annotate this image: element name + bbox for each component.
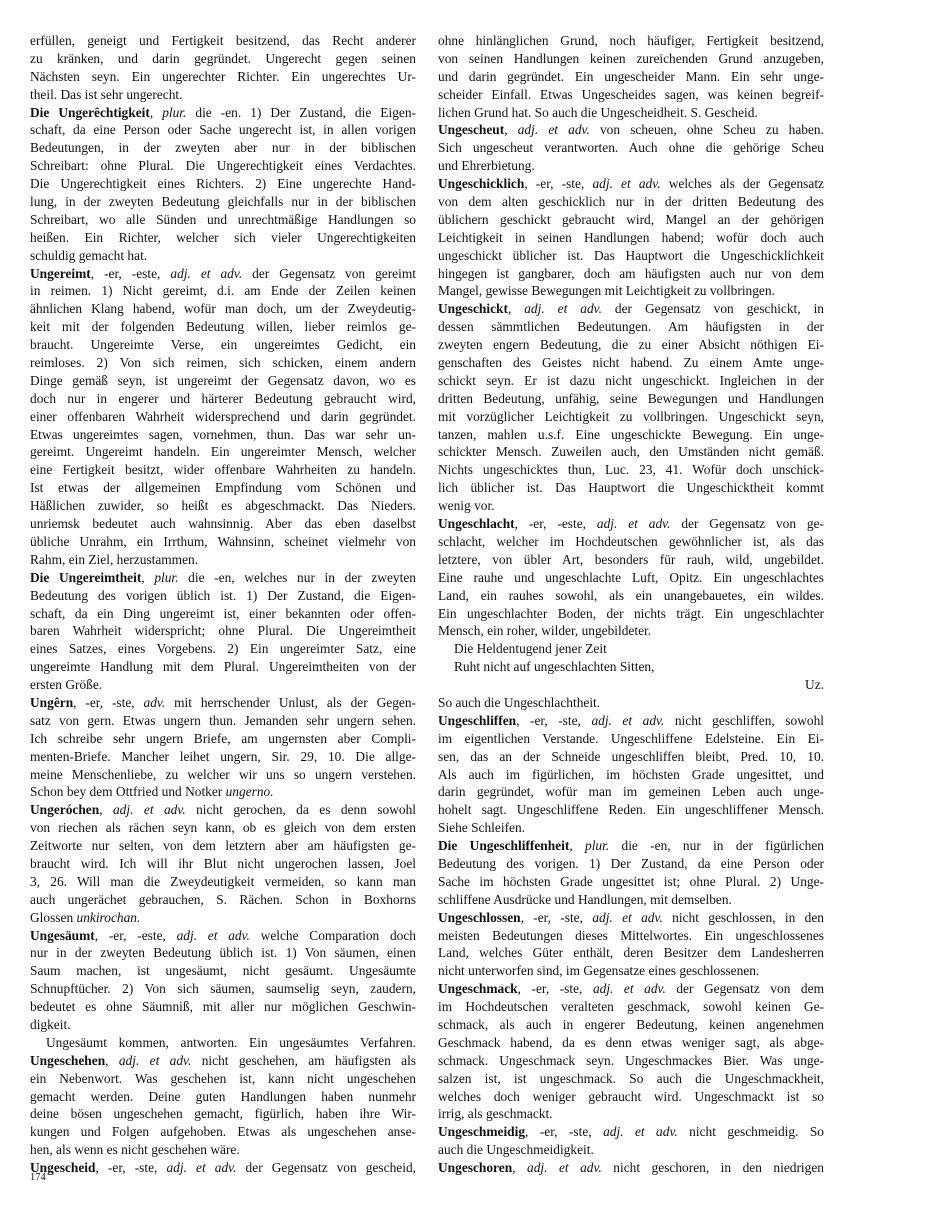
text-line: reimloses. 2) Von sich reimen, sich schi…: [30, 354, 416, 372]
text-line: braucht wird. Ich will ihr Blut nicht un…: [30, 855, 416, 873]
body-text: der Gegensatz von geschickt, in: [602, 301, 824, 316]
text-line: übliche Unrahm, ein Irrthum, Wahnsinn, s…: [30, 533, 416, 551]
text-line: Schon bey dem Ottfried und Notker ungern…: [30, 783, 416, 801]
text-line: Ungeschlossen, -er, -ste, adj. et adv. n…: [438, 909, 824, 927]
text-line: braucht. Ungereimte Verse, ein ungereimt…: [30, 336, 416, 354]
italic-text: adj. et adv.: [597, 516, 671, 531]
body-text: 3, 26. Will man die Zweydeutigkeit verme…: [30, 874, 416, 889]
entry-headword: Ungêrn: [30, 695, 73, 710]
text-line: kungen und Folgen aufgehoben. Etwas als …: [30, 1123, 416, 1141]
entry-headword: Ungeschickt: [438, 301, 508, 316]
text-line: Bedeutung des vorigen. 1) Der Zustand, d…: [438, 855, 824, 873]
right-column: ohne hinlänglichen Grund, noch häufiger,…: [438, 32, 824, 1177]
text-line: Land, welches Güter enthält, deren Besit…: [438, 944, 824, 962]
body-text: die -en, nur in der figürlichen: [609, 838, 824, 853]
text-line: Häßlichen zuwider, so heißt es abgeschma…: [30, 497, 416, 515]
body-text: letztere, von übler Art, besonders für r…: [438, 552, 824, 567]
body-text: auch ungerächet gebrauchen, S. Rächen. S…: [30, 892, 416, 907]
text-line: Ungeróchen, adj. et adv. nicht gerochen,…: [30, 801, 416, 819]
body-text: ein Nebenwort. Was geschehen ist, kann n…: [30, 1071, 416, 1086]
text-line: gereimt. Ungereimt handeln. Ein ungereim…: [30, 443, 416, 461]
body-text: Etwas ungereimtes sagen, vornehmen, thun…: [30, 427, 416, 442]
text-line: ungeschickt üblicher ist. Das Hauptwort …: [438, 247, 824, 265]
body-text: schlacht, welcher im Hochdeutschen gewöh…: [438, 534, 824, 549]
body-text: Saum machen, ist ungesäumt, nicht gesäum…: [30, 963, 416, 978]
text-line: Ungeschlacht, -er, -este, adj. et adv. d…: [438, 515, 824, 533]
body-text: Nächsten seyn. Ein ungerechter Richter. …: [30, 69, 416, 84]
text-line: Siehe Schleifen.: [438, 819, 824, 837]
text-line: ein Nebenwort. Was geschehen ist, kann n…: [30, 1070, 416, 1088]
body-text: heißen. Ein Richter, welcher sich vieler…: [30, 230, 416, 245]
body-text: dritten Bedeutung, unfähig, seine Bewegu…: [438, 391, 824, 406]
text-line: Die Ungeschliffenheit, plur. die -en, nu…: [438, 837, 824, 855]
entry-headword: Ungeschoren: [438, 1160, 512, 1175]
text-line: Leichtigkeit in seinen Handlungen habend…: [438, 229, 824, 247]
body-text: mit herrschender Unlust, als der Gegen-: [165, 695, 416, 710]
body-text: braucht wird. Ich will ihr Blut nicht un…: [30, 856, 416, 871]
body-text: Land, welches Güter enthält, deren Besit…: [438, 945, 824, 960]
entry-headword: Ungesäumt: [30, 928, 95, 943]
body-text: eine Fertigkeit besitzt, wider offenbare…: [30, 462, 416, 477]
text-line: Etwas ungereimtes sagen, vornehmen, thun…: [30, 426, 416, 444]
text-line: Die Ungerechtigkeit eines Richters. 2) E…: [30, 175, 416, 193]
text-line: hingegen ist gangbarer, doch am häufigst…: [438, 265, 824, 283]
body-text: ohne hinlänglichen Grund, noch häufiger,…: [438, 33, 824, 48]
body-text: nicht geschoren, in den niedrigen: [602, 1160, 824, 1175]
body-text: lich üblicher ist. Das Hauptwort die Ung…: [438, 480, 824, 495]
body-text: Rahm, ein Ziel, herzustammen.: [30, 552, 198, 567]
body-text: nicht geschmeidig. So: [678, 1124, 824, 1139]
body-text: Bedeutung des vorigen. 1) Der Zustand, d…: [438, 856, 824, 871]
text-line: wenig vor.: [438, 497, 824, 515]
body-text: , -er, -ste,: [73, 695, 143, 710]
body-text: Die Ungerechtigkeit eines Richters. 2) E…: [30, 176, 416, 191]
text-line: schlacht, welcher im Hochdeutschen gewöh…: [438, 533, 824, 551]
text-line: nicht unterworfen sind, im Gegensatze ei…: [438, 962, 824, 980]
body-text: Ungesäumt kommen, antworten. Ein ungesäu…: [46, 1035, 416, 1050]
text-line: Saum machen, ist ungesäumt, nicht gesäum…: [30, 962, 416, 980]
entry-headword: Ungeschmeidig: [438, 1124, 525, 1139]
text-line: lichen Grund hat. So auch die Ungescheid…: [438, 104, 824, 122]
body-text: Ist etwas der allgemeinen Empfindung vom…: [30, 480, 416, 495]
body-text: Ich schreibe sehr ungern Briefe, am unge…: [30, 731, 416, 746]
italic-text: adj. et adv.: [592, 910, 662, 925]
text-line: dessen sämmtlichen Bedeutungen. Am häufi…: [438, 318, 824, 336]
body-text: nicht geschliffen, sowohl: [664, 713, 824, 728]
body-text: Dinge gemäß seyn, ist ungereimt der Gege…: [30, 373, 416, 388]
text-line: in reimen. 1) Nicht gereimt, d.i. am End…: [30, 282, 416, 300]
text-line: Schreibart: ohne Plural. Die Ungerechtig…: [30, 157, 416, 175]
text-line: Ungescheut, adj. et adv. von scheuen, oh…: [438, 121, 824, 139]
text-line: Sich ungescheut verantworten. Auch ohne …: [438, 139, 824, 157]
body-text: , -er, -este,: [91, 266, 171, 281]
text-line: im Hochdeutschen veralteten geschmack, s…: [438, 998, 824, 1016]
text-line: Rahm, ein Ziel, herzustammen.: [30, 551, 416, 569]
text-line: Ungêrn, -er, -ste, adv. mit herrschender…: [30, 694, 416, 712]
italic-text: adj. et adv.: [527, 1160, 602, 1175]
text-line: Land, ein rauhes sowohl, als ein unangeb…: [438, 587, 824, 605]
italic-text: adj. et adv.: [177, 928, 250, 943]
body-text: nur in der zweyten Bedeutung üblich ist.…: [30, 945, 416, 960]
body-text: Zeitworte nur selten, von dem letztern a…: [30, 838, 416, 853]
text-line: hen, als wenn es nicht geschehen wäre.: [30, 1141, 416, 1159]
entry-headword: Ungeschehen: [30, 1053, 105, 1068]
text-line: ähnlichen Klang habend, wofür man doch, …: [30, 300, 416, 318]
body-text: , -er, -ste,: [524, 176, 592, 191]
text-line: lung, in der zweyten Bedeutung gleichfal…: [30, 193, 416, 211]
body-text: lichen Grund hat. So auch die Ungescheid…: [438, 105, 758, 120]
text-line: Schnupftücher. 2) Von sich säumen, saums…: [30, 980, 416, 998]
body-text: baren Wahrheit widerspricht; ohne Plural…: [30, 623, 416, 638]
body-text: Land, ein rauhes sowohl, als ein unangeb…: [438, 588, 824, 603]
text-line: meisten Bedeutungen dieses Mittelwortes.…: [438, 927, 824, 945]
text-line: Ungesäumt, -er, -este, adj. et adv. welc…: [30, 927, 416, 945]
body-text: Bedeutung des vorigen üblich ist. 1) Der…: [30, 588, 416, 603]
entry-headword: Ungereimt: [30, 266, 91, 281]
text-line: Bedeutungen, in der zweyten aber nur in …: [30, 139, 416, 157]
italic-text: adj. et adv.: [524, 301, 602, 316]
italic-text: plur.: [585, 838, 609, 853]
body-text: Schreibart, wo alle Sünden und unrechtmä…: [30, 212, 416, 227]
text-line: Ungescheid, -er, -ste, adj. et adv. der …: [30, 1159, 416, 1177]
body-text: Schnupftücher. 2) Von sich säumen, saums…: [30, 981, 416, 996]
body-text: bedeutet es ohne Säumniß, mit aller nur …: [30, 999, 416, 1014]
body-text: nicht geschlossen, in den: [663, 910, 824, 925]
body-text: , -er, -ste,: [525, 1124, 603, 1139]
body-text: ,: [504, 122, 518, 137]
text-line: Ist etwas der allgemeinen Empfindung vom…: [30, 479, 416, 497]
text-line: Ungeschmeidig, -er, -ste, adj. et adv. n…: [438, 1123, 824, 1141]
text-line: welches doch weniger gebraucht wird. Ung…: [438, 1088, 824, 1106]
italic-text: unkirochan.: [77, 910, 141, 925]
text-line: keit mit der folgenden Bedeutung willen,…: [30, 318, 416, 336]
text-line: gemacht werden. Deine guten Handlungen h…: [30, 1088, 416, 1106]
body-text: Schreibart: ohne Plural. Die Ungerechtig…: [30, 158, 416, 173]
text-line: Ungeschmack, -er, -ste, adj. et adv. der…: [438, 980, 824, 998]
body-text: meine Menschenliebe, zu welcher wir uns …: [30, 767, 416, 782]
body-text: meisten Bedeutungen dieses Mittelwortes.…: [438, 928, 824, 943]
body-text: der Gegensatz von gereimt: [242, 266, 416, 281]
body-text: unriemsk bedeutet auch wahnsinnig. Aber …: [30, 516, 416, 531]
italic-text: ungerno.: [226, 784, 274, 799]
text-line: menten-Briefe. Mancher leihet ungern, Si…: [30, 748, 416, 766]
body-text: , -er, -ste,: [95, 1160, 166, 1175]
body-text: erfüllen, geneigt und Fertigkeit besitze…: [30, 33, 416, 48]
body-text: satz von gern. Etwas ungern thun. Jemand…: [30, 713, 416, 728]
body-text: schuldig gemacht hat.: [30, 248, 147, 263]
body-text: Bedeutungen, in der zweyten aber nur in …: [30, 140, 416, 155]
text-line: schuldig gemacht hat.: [30, 247, 416, 265]
text-line: Mensch, ein roher, wilder, ungebildeter.: [438, 622, 824, 640]
text-line: zu kränken, und darin gegründet. Ungerec…: [30, 50, 416, 68]
text-line: schaft, da eine Person oder Sache ungere…: [30, 121, 416, 139]
entry-headword: Ungeschicklich: [438, 176, 524, 191]
body-text: nicht gerochen, da es denn sowohl: [186, 802, 416, 817]
body-text: Mensch, ein roher, wilder, ungebildeter.: [438, 623, 651, 638]
text-line: Nichts ungeschicktes thun, Luc. 23, 41. …: [438, 461, 824, 479]
body-text: reimloses. 2) Von sich reimen, sich schi…: [30, 355, 416, 370]
italic-text: adj. et adv.: [119, 1053, 192, 1068]
body-text: lung, in der zweyten Bedeutung gleichfal…: [30, 194, 416, 209]
body-text: nicht geschehen, am häufigsten als: [191, 1053, 416, 1068]
text-line: genschaften des Geistes nicht habend. Zu…: [438, 354, 824, 372]
body-text: dessen sämmtlichen Bedeutungen. Am häufi…: [438, 319, 824, 334]
body-text: ungeschickt üblicher ist. Das Hauptwort …: [438, 248, 824, 263]
italic-text: plur.: [162, 105, 186, 120]
text-line: zweyten engern Bedeutung, die zu einer A…: [438, 336, 824, 354]
text-line: von dem alten geschicklich nur in der dr…: [438, 193, 824, 211]
body-text: hen, als wenn es nicht geschehen wäre.: [30, 1142, 240, 1157]
text-line: Mangel, gewisse Bewegungen mit Leichtigk…: [438, 282, 824, 300]
text-line: Ungereimt, -er, -este, adj. et adv. der …: [30, 265, 416, 283]
body-text: Sache im höchsten Grade ungesittet ist; …: [438, 874, 824, 889]
text-line: und Ehrerbietung.: [438, 157, 824, 175]
text-line: 3, 26. Will man die Zweydeutigkeit verme…: [30, 873, 416, 891]
text-line: Eine rauhe und ungeschlachte Luft, Opitz…: [438, 569, 824, 587]
italic-text: adj. et adv.: [593, 981, 666, 996]
body-text: Eine rauhe und ungeschlachte Luft, Opitz…: [438, 570, 824, 585]
entry-headword: Ungeróchen: [30, 802, 99, 817]
body-text: ,: [569, 838, 585, 853]
body-text: und darin gegründet. Ein ungescheider Ma…: [438, 69, 824, 84]
entry-headword: Ungeschliffen: [438, 713, 516, 728]
body-text: ,: [99, 802, 113, 817]
body-text: gemacht werden. Deine guten Handlungen h…: [30, 1089, 416, 1104]
body-text: die -en. 1) Der Zustand, die Eigen-: [186, 105, 416, 120]
text-line: salzen ist, ist ungeschmack. So auch die…: [438, 1070, 824, 1088]
entry-headword: Ungeschmack: [438, 981, 518, 996]
italic-text: adj. et adv.: [113, 802, 186, 817]
body-text: , -er, -este,: [95, 928, 177, 943]
text-line: schickter Mensch. Zuweilen auch, den Ums…: [438, 443, 824, 461]
body-text: ,: [150, 105, 162, 120]
text-line: Bedeutung des vorigen üblich ist. 1) Der…: [30, 587, 416, 605]
body-text: hohelt sagt. Ungeschliffene Reden. Ein u…: [438, 802, 824, 817]
body-text: tanzen, mahlen u.s.f. Eine ungeschickte …: [438, 427, 824, 442]
body-text: schliffene Ausdrücke und Handlungen, mit…: [438, 892, 732, 907]
body-text: von riechen als rächen seyn kann, ob es …: [30, 820, 416, 835]
entry-headword: Die Ungereimtheit: [30, 570, 141, 585]
text-line: sen, das an der Schneide ungeschliffen b…: [438, 748, 824, 766]
text-line: hohelt sagt. Ungeschliffene Reden. Ein u…: [438, 801, 824, 819]
text-line: von seinen Handlungen keinen zureichende…: [438, 50, 824, 68]
body-text: schickter Mensch. Zuweilen auch, den Ums…: [438, 444, 824, 459]
text-line: lich üblicher ist. Das Hauptwort die Ung…: [438, 479, 824, 497]
italic-text: adj. et adv.: [603, 1124, 678, 1139]
body-text: deine bösen ungeschehen gemacht, figürli…: [30, 1106, 416, 1121]
text-line: satz von gern. Etwas ungern thun. Jemand…: [30, 712, 416, 730]
body-text: ,: [141, 570, 154, 585]
text-line: tanzen, mahlen u.s.f. Eine ungeschickte …: [438, 426, 824, 444]
text-line: im eigentlichen Verstande. Ungeschliffen…: [438, 730, 824, 748]
body-text: theil. Das ist sehr ungerecht.: [30, 87, 182, 102]
body-text: einer offenbaren Wahrheit widersprechend…: [30, 409, 416, 424]
body-text: mit vorzüglicher Leichtigkeit zu vollbri…: [438, 409, 824, 424]
text-line: schickt seyn. Er ist dazu nicht ungeschi…: [438, 372, 824, 390]
text-line: Ungeschickt, adj. et adv. der Gegensatz …: [438, 300, 824, 318]
body-text: irrig, als geschmackt.: [438, 1106, 553, 1121]
body-text: Als auch im figürlichen, im höchsten Gra…: [438, 767, 824, 782]
body-text: schmack. Ungeschmack seyn. Ungeschmackes…: [438, 1053, 824, 1068]
text-line: Die Ungereimtheit, plur. die -en, welche…: [30, 569, 416, 587]
text-line: So auch die Ungeschlachtheit.: [438, 694, 824, 712]
text-line: Dinge gemäß seyn, ist ungereimt der Gege…: [30, 372, 416, 390]
italic-text: adv.: [144, 695, 166, 710]
body-text: doch nur in engerer und härterer Bedeutu…: [30, 391, 416, 406]
left-column: erfüllen, geneigt und Fertigkeit besitze…: [30, 32, 416, 1177]
body-text: im Hochdeutschen veralteten geschmack, s…: [438, 999, 824, 1014]
italic-text: adj. et adv.: [166, 1160, 236, 1175]
body-text: kungen und Folgen aufgehoben. Etwas als …: [30, 1124, 416, 1139]
body-text: von seinen Handlungen keinen zureichende…: [438, 51, 824, 66]
text-line: Zeitworte nur selten, von dem letztern a…: [30, 837, 416, 855]
text-line: Ungeschehen, adj. et adv. nicht geschehe…: [30, 1052, 416, 1070]
text-line: deine bösen ungeschehen gemacht, figürli…: [30, 1105, 416, 1123]
body-text: Mangel, gewisse Bewegungen mit Leichtigk…: [438, 283, 775, 298]
body-text: gereimt. Ungereimt handeln. Ein ungereim…: [30, 444, 416, 459]
text-line: auch die Ungeschmeidigkeit.: [438, 1141, 824, 1159]
body-text: ,: [105, 1053, 119, 1068]
text-line: Ein ungeschlachter Boden, der nichts trä…: [438, 605, 824, 623]
text-line: Ich schreibe sehr ungern Briefe, am unge…: [30, 730, 416, 748]
body-text: ,: [508, 301, 524, 316]
italic-text: adj. et adv.: [592, 176, 660, 191]
body-text: keit mit der folgenden Bedeutung willen,…: [30, 319, 416, 334]
body-text: in reimen. 1) Nicht gereimt, d.i. am End…: [30, 283, 416, 298]
body-text: wenig vor.: [438, 498, 495, 513]
body-text: So auch die Ungeschlachtheit.: [438, 695, 600, 710]
entry-headword: Die Ungeschliffenheit: [438, 838, 569, 853]
entry-headword: Die Ungerêchtigkeit: [30, 105, 150, 120]
body-text: Leichtigkeit in seinen Handlungen habend…: [438, 230, 824, 245]
italic-text: adj. et adv.: [518, 122, 590, 137]
body-text: auch die Ungeschmeidigkeit.: [438, 1142, 594, 1157]
body-text: salzen ist, ist ungeschmack. So auch die…: [438, 1071, 824, 1086]
text-line: irrig, als geschmackt.: [438, 1105, 824, 1123]
text-line: Ungeschicklich, -er, -ste, adj. et adv. …: [438, 175, 824, 193]
text-line: dritten Bedeutung, unfähig, seine Bewegu…: [438, 390, 824, 408]
text-line: bedeutet es ohne Säumniß, mit aller nur …: [30, 998, 416, 1016]
body-text: schaft, da eine Person oder Sache ungere…: [30, 122, 416, 137]
text-line: Schreibart, wo alle Sünden und unrechtmä…: [30, 211, 416, 229]
body-text: üblichern geschickt gebraucht wird, Mang…: [438, 212, 824, 227]
body-text: , -er, -ste,: [518, 981, 593, 996]
body-text: ähnlichen Klang habend, wofür man doch, …: [30, 301, 416, 316]
text-line: eine Fertigkeit besitzt, wider offenbare…: [30, 461, 416, 479]
text-line: und darin gegründet. Ein ungescheider Ma…: [438, 68, 824, 86]
body-text: scheider Einfall. Etwas Ungescheides sag…: [438, 87, 824, 102]
body-text: Sich ungescheut verantworten. Auch ohne …: [438, 140, 824, 155]
text-line: erfüllen, geneigt und Fertigkeit besitze…: [30, 32, 416, 50]
text-line: ungereimte Handlung mit dem Plural. Unge…: [30, 658, 416, 676]
body-text: die -en, welches nur in der zweyten: [179, 570, 417, 585]
page-number: 174: [30, 1172, 46, 1183]
text-line: ersten Größe.: [30, 676, 416, 694]
entry-headword: Ungescheut: [438, 122, 504, 137]
text-line: Ungeschoren, adj. et adv. nicht geschore…: [438, 1159, 824, 1177]
text-line: schmack. Ungeschmack seyn. Ungeschmackes…: [438, 1052, 824, 1070]
text-line: doch nur in engerer und härterer Bedeutu…: [30, 390, 416, 408]
body-text: Häßlichen zuwider, so heißt es abgeschma…: [30, 498, 416, 513]
text-line: Als auch im figürlichen, im höchsten Gra…: [438, 766, 824, 784]
body-text: zu kränken, und darin gegründet. Ungerec…: [30, 51, 416, 66]
text-line: Die Ungerêchtigkeit, plur. die -en. 1) D…: [30, 104, 416, 122]
text-line: letztere, von übler Art, besonders für r…: [438, 551, 824, 569]
body-text: , -er, -ste,: [521, 910, 593, 925]
body-text: Nichts ungeschicktes thun, Luc. 23, 41. …: [438, 462, 824, 477]
body-text: übliche Unrahm, ein Irrthum, Wahnsinn, s…: [30, 534, 416, 549]
body-text: ungereimte Handlung mit dem Plural. Unge…: [30, 659, 416, 674]
body-text: der Gegensatz von dem: [666, 981, 824, 996]
text-line: heißen. Ein Richter, welcher sich vieler…: [30, 229, 416, 247]
body-text: der Gegensatz von gescheid,: [236, 1160, 416, 1175]
body-text: nicht unterworfen sind, im Gegensatze ei…: [438, 963, 759, 978]
text-line: eines Satzes, eines Vorgebens. 2) Ein un…: [30, 640, 416, 658]
text-line: theil. Das ist sehr ungerecht.: [30, 86, 416, 104]
text-line: schmack, als auch in engerer Bedeutung, …: [438, 1016, 824, 1034]
text-line: Ruht nicht auf ungeschlachten Sitten,: [438, 658, 824, 676]
text-line: digkeit.: [30, 1016, 416, 1034]
italic-text: plur.: [154, 570, 178, 585]
text-line: darin gegründet, wofür man im gemeinen L…: [438, 783, 824, 801]
body-text: ersten Größe.: [30, 677, 102, 692]
text-line: baren Wahrheit widerspricht; ohne Plural…: [30, 622, 416, 640]
italic-text: adj. et adv.: [591, 713, 664, 728]
body-text: Ein ungeschlachter Boden, der nichts trä…: [438, 606, 824, 621]
body-text: Geschmack habend, da es denn etwas wenig…: [438, 1035, 824, 1050]
text-line: Ungesäumt kommen, antworten. Ein ungesäu…: [30, 1034, 416, 1052]
text-line: Die Heldentugend jener Zeit: [438, 640, 824, 658]
text-line: auch ungerächet gebrauchen, S. Rächen. S…: [30, 891, 416, 909]
body-text: , -er, -ste,: [516, 713, 591, 728]
text-line: Ungeschliffen, -er, -ste, adj. et adv. n…: [438, 712, 824, 730]
body-text: , -er, -este,: [515, 516, 597, 531]
body-text: zweyten engern Bedeutung, die zu einer A…: [438, 337, 824, 352]
text-line: nur in der zweyten Bedeutung üblich ist.…: [30, 944, 416, 962]
text-line: ohne hinlänglichen Grund, noch häufiger,…: [438, 32, 824, 50]
text-line: Glossen unkirochan.: [30, 909, 416, 927]
body-text: eines Satzes, eines Vorgebens. 2) Ein un…: [30, 641, 416, 656]
body-text: darin gegründet, wofür man im gemeinen L…: [438, 784, 824, 799]
body-text: der Gegensatz von ge-: [670, 516, 824, 531]
body-text: im eigentlichen Verstande. Ungeschliffen…: [438, 731, 824, 746]
body-text: und Ehrerbietung.: [438, 158, 535, 173]
entry-headword: Ungeschlossen: [438, 910, 521, 925]
body-text: Die Heldentugend jener Zeit: [454, 641, 607, 656]
body-text: welches als der Gegensatz: [661, 176, 824, 191]
body-text: Siehe Schleifen.: [438, 820, 525, 835]
body-text: Uz.: [805, 677, 824, 692]
text-line: schliffene Ausdrücke und Handlungen, mit…: [438, 891, 824, 909]
text-line: Sache im höchsten Grade ungesittet ist; …: [438, 873, 824, 891]
body-text: menten-Briefe. Mancher leihet ungern, Si…: [30, 749, 416, 764]
text-line: von riechen als rächen seyn kann, ob es …: [30, 819, 416, 837]
body-text: welche Comparation doch: [250, 928, 416, 943]
body-text: schmack, als auch in engerer Bedeutung, …: [438, 1017, 824, 1032]
text-line: meine Menschenliebe, zu welcher wir uns …: [30, 766, 416, 784]
body-text: welches doch weniger gebraucht wird. Ung…: [438, 1089, 824, 1104]
text-line: unriemsk bedeutet auch wahnsinnig. Aber …: [30, 515, 416, 533]
body-text: ,: [512, 1160, 527, 1175]
body-text: von dem alten geschicklich nur in der dr…: [438, 194, 824, 209]
text-line: schaft, da ein Ding ungereimt ist, einer…: [30, 605, 416, 623]
text-line: Uz.: [438, 676, 824, 694]
body-text: Schon bey dem Ottfried und Notker: [30, 784, 226, 799]
text-line: mit vorzüglicher Leichtigkeit zu vollbri…: [438, 408, 824, 426]
text-line: einer offenbaren Wahrheit widersprechend…: [30, 408, 416, 426]
text-line: scheider Einfall. Etwas Ungescheides sag…: [438, 86, 824, 104]
body-text: Ruht nicht auf ungeschlachten Sitten,: [454, 659, 654, 674]
